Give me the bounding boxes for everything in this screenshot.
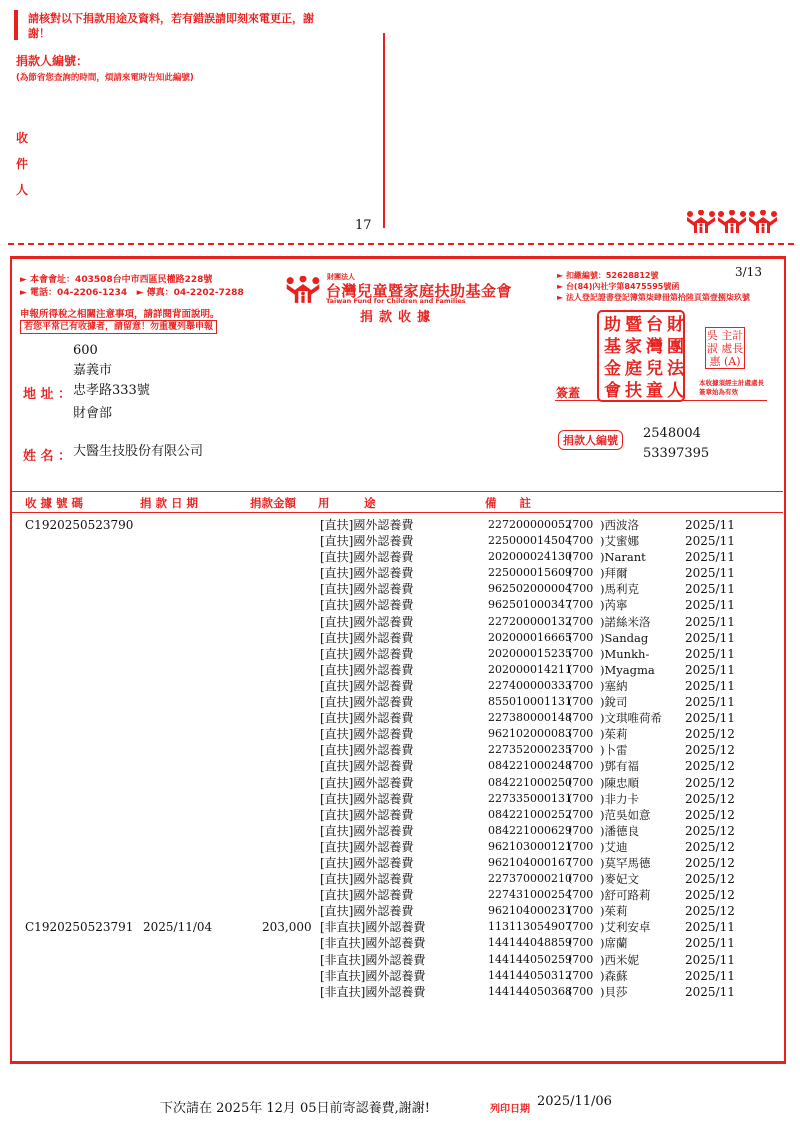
- table-row: [直扶]國外認養費227380000148(700)文琪唯荷希2025/11: [0, 710, 800, 726]
- child-code: 084221000248: [488, 758, 572, 774]
- sponsor-period: 2025/12: [685, 726, 735, 742]
- currency-code: (700: [568, 710, 593, 726]
- child-name: )Myagma: [600, 662, 655, 678]
- sponsor-period: 2025/12: [685, 807, 735, 823]
- child-code: 962104000231: [488, 903, 572, 919]
- registration-info: ► 扣繳編號：52628812號 ► 台(84)內社字第8475595號函 ► …: [557, 270, 750, 303]
- currency-code: (700: [568, 581, 593, 597]
- child-name: )麥妃文: [600, 871, 639, 887]
- child-name: )莫罕馬德: [600, 855, 651, 871]
- child-code: 962501000347: [488, 597, 572, 613]
- org-address: ► 本會會址：403508台中市西區民權路228號: [20, 274, 244, 287]
- currency-code: (700: [568, 517, 593, 533]
- child-name: )塞納: [600, 678, 628, 694]
- table-row: [直扶]國外認養費202000014211(700)Myagma2025/11: [0, 662, 800, 678]
- sponsor-period: 2025/12: [685, 871, 735, 887]
- child-code: 202000014211: [488, 662, 572, 678]
- currency-code: (700: [568, 871, 593, 887]
- child-name: )西波洛: [600, 517, 639, 533]
- fold-line: [383, 33, 385, 228]
- donor-id-1: 2548004: [643, 424, 709, 444]
- child-name: )馬利克: [600, 581, 639, 597]
- child-code: 227380000148: [488, 710, 572, 726]
- donor-number-hint: (為節省您查詢的時間，煩請來電時告知此編號): [16, 71, 194, 83]
- table-row: [直扶]國外認養費202000015235(700)Munkh-2025/11: [0, 646, 800, 662]
- child-name: )Sandag: [600, 630, 648, 646]
- donor-number-label: 捐款人編號：: [16, 52, 88, 69]
- verify-notice: 請核對以下捐款用途及資料，若有錯誤請即刻來電更正，謝謝！: [28, 11, 328, 41]
- sponsor-period: 2025/12: [685, 742, 735, 758]
- child-code: 084221000250: [488, 775, 572, 791]
- table-row: [直扶]國外認養費227335000131(700)非力卡2025/12: [0, 791, 800, 807]
- child-name: )茱莉: [600, 726, 628, 742]
- donation-use: [直扶]國外認養費: [320, 775, 413, 791]
- table-row: [直扶]國外認養費084221000248(700)鄧有福2025/12: [0, 758, 800, 774]
- child-name: )拜爾: [600, 565, 628, 581]
- receipt-number: C1920250523790: [25, 517, 133, 533]
- currency-code: (700: [568, 775, 593, 791]
- donation-date: 2025/11/04: [143, 919, 212, 935]
- child-code: 084221000252: [488, 807, 572, 823]
- child-name: )茱莉: [600, 903, 628, 919]
- header-receipt-no: 收 據 號 碼: [25, 495, 83, 511]
- child-code: 202000024130: [488, 549, 572, 565]
- currency-code: (700: [568, 726, 593, 742]
- child-code: 227352000235: [488, 742, 572, 758]
- currency-code: (700: [568, 630, 593, 646]
- child-name: )Munkh-: [600, 646, 649, 662]
- child-name: )貝莎: [600, 984, 628, 1000]
- child-code: 225000015609: [488, 565, 572, 581]
- donor-id-2: 53397395: [643, 444, 709, 464]
- child-name: )銳司: [600, 694, 628, 710]
- header-date: 捐 款 日 期: [140, 495, 198, 511]
- table-header-top-rule: [11, 491, 783, 492]
- currency-code: (700: [568, 903, 593, 919]
- child-name: )鄧有福: [600, 758, 639, 774]
- donation-use: [直扶]國外認養費: [320, 694, 413, 710]
- child-code: 113113054907: [488, 919, 572, 935]
- table-header-bottom-rule: [11, 512, 783, 513]
- sponsor-period: 2025/12: [685, 887, 735, 903]
- child-code: 227335000131: [488, 791, 572, 807]
- currency-code: (700: [568, 614, 593, 630]
- tax-id: ► 扣繳編號：52628812號: [557, 270, 750, 281]
- child-code: 144144050259: [488, 952, 572, 968]
- donation-use: [直扶]國外認養費: [320, 839, 413, 855]
- child-code: 084221000629: [488, 823, 572, 839]
- donation-use: [直扶]國外認養費: [320, 903, 413, 919]
- donation-use: [直扶]國外認養費: [320, 823, 413, 839]
- currency-code: (700: [568, 935, 593, 951]
- currency-code: (700: [568, 791, 593, 807]
- sponsor-period: 2025/12: [685, 775, 735, 791]
- notice-bar: [14, 10, 18, 40]
- sponsor-period: 2025/11: [685, 517, 735, 533]
- donor-ids: 2548004 53397395: [643, 424, 709, 464]
- table-row: [直扶]國外認養費227431000254(700)舒可路莉2025/12: [0, 887, 800, 903]
- org-logo-icon: [283, 276, 323, 308]
- sponsor-period: 2025/11: [685, 630, 735, 646]
- currency-code: (700: [568, 533, 593, 549]
- child-name: )諾絲米洛: [600, 614, 651, 630]
- child-name: )芮寧: [600, 597, 628, 613]
- donation-use: [直扶]國外認養費: [320, 742, 413, 758]
- donation-use: [非直扶]國外認養費: [320, 952, 425, 968]
- tear-line: [8, 243, 794, 245]
- donation-use: [直扶]國外認養費: [320, 726, 413, 742]
- child-code: 855010001131: [488, 694, 572, 710]
- currency-code: (700: [568, 646, 593, 662]
- donation-use: [直扶]國外認養費: [320, 630, 413, 646]
- receipt-number: C1920250523791: [25, 919, 133, 935]
- child-code: 227400000333: [488, 678, 572, 694]
- sponsor-period: 2025/11: [685, 565, 735, 581]
- donation-amount: 203,000: [262, 919, 312, 935]
- donation-use: [直扶]國外認養費: [320, 855, 413, 871]
- sponsor-period: 2025/12: [685, 855, 735, 871]
- child-name: )潘德良: [600, 823, 639, 839]
- currency-code: (700: [568, 855, 593, 871]
- donation-use: [直扶]國外認養費: [320, 678, 413, 694]
- sponsor-period: 2025/11: [685, 952, 735, 968]
- donation-use: [直扶]國外認養費: [320, 549, 413, 565]
- sponsor-period: 2025/11: [685, 646, 735, 662]
- currency-code: (700: [568, 549, 593, 565]
- sponsor-period: 2025/11: [685, 678, 735, 694]
- sponsor-period: 2025/11: [685, 694, 735, 710]
- child-code: 144144048859: [488, 935, 572, 951]
- sponsor-period: 2025/11: [685, 935, 735, 951]
- currency-code: (700: [568, 742, 593, 758]
- table-row: [直扶]國外認養費202000024130(700)Narant2025/11: [0, 549, 800, 565]
- print-date: 2025/11/06: [537, 1094, 612, 1109]
- donation-use: [直扶]國外認養費: [320, 807, 413, 823]
- donation-use: [非直扶]國外認養費: [320, 968, 425, 984]
- table-row: [直扶]國外認養費962103000121(700)艾迪2025/12: [0, 839, 800, 855]
- sign-line: [555, 400, 767, 401]
- family-logo-row-icon: [686, 210, 778, 238]
- child-code: 202000016665: [488, 630, 572, 646]
- page-of: 3/13: [735, 265, 762, 279]
- child-code: 225000014504: [488, 533, 572, 549]
- table-row: C19202505237912025/11/04203,000[非直扶]國外認養…: [0, 919, 800, 935]
- duplicate-warning: 若您平常已有收據者，請留意！勿重覆列舉申報: [20, 320, 217, 334]
- table-row: [非直扶]國外認養費144144050368(700)貝莎2025/11: [0, 984, 800, 1000]
- table-row: [直扶]國外認養費227370000210(700)麥妃文2025/12: [0, 871, 800, 887]
- donor-number-badge: 捐款人編號: [558, 430, 623, 450]
- recipient-label: 收件人: [16, 125, 30, 203]
- print-date-label: 列印日期: [490, 1100, 530, 1115]
- table-row: [直扶]國外認養費227352000235(700)卜雷2025/12: [0, 742, 800, 758]
- table-row: [直扶]國外認養費084221000252(700)范吳如意2025/12: [0, 807, 800, 823]
- sponsor-period: 2025/11: [685, 597, 735, 613]
- table-row: [非直扶]國外認養費144144050259(700)西米妮2025/11: [0, 952, 800, 968]
- sign-label: 簽蓋: [556, 384, 580, 401]
- org-phone: ► 電話：04-2206-1234: [20, 288, 127, 298]
- org-seal: 財團法人 台灣兒童 暨家庭扶 助基金會: [597, 310, 685, 402]
- permit-no: ► 台(84)內社字第8475595號函: [557, 281, 750, 292]
- table-row: [直扶]國外認養費227400000333(700)塞納2025/11: [0, 678, 800, 694]
- currency-code: (700: [568, 887, 593, 903]
- currency-code: (700: [568, 597, 593, 613]
- child-name: )艾蜜娜: [600, 533, 639, 549]
- donor-address: 600 嘉義市 忠孝路333號 財會部: [73, 341, 150, 424]
- table-row: [非直扶]國外認養費144144050312(700)森蘇2025/11: [0, 968, 800, 984]
- sponsor-period: 2025/12: [685, 758, 735, 774]
- next-payment-note: 下次請在 2025年 12月 05日前寄認養費,謝謝!: [160, 1097, 430, 1116]
- sponsor-period: 2025/11: [685, 662, 735, 678]
- child-name: )文琪唯荷希: [600, 710, 662, 726]
- currency-code: (700: [568, 694, 593, 710]
- donation-use: [直扶]國外認養費: [320, 597, 413, 613]
- donation-use: [非直扶]國外認養費: [320, 984, 425, 1000]
- currency-code: (700: [568, 839, 593, 855]
- currency-code: (700: [568, 758, 593, 774]
- child-code: 962502000004: [488, 581, 572, 597]
- sponsor-period: 2025/12: [685, 839, 735, 855]
- currency-code: (700: [568, 662, 593, 678]
- sponsor-period: 2025/11: [685, 614, 735, 630]
- currency-code: (700: [568, 807, 593, 823]
- table-row: [直扶]國外認養費227200000132(700)諾絲米洛2025/11: [0, 614, 800, 630]
- table-row: [直扶]國外認養費225000015609(700)拜爾2025/11: [0, 565, 800, 581]
- child-code: 962103000121: [488, 839, 572, 855]
- currency-code: (700: [568, 823, 593, 839]
- sponsor-period: 2025/11: [685, 710, 735, 726]
- donation-use: [非直扶]國外認養費: [320, 919, 425, 935]
- child-name: )范吳如意: [600, 807, 651, 823]
- org-contact: ► 本會會址：403508台中市西區民權路228號 ► 電話：04-2206-1…: [20, 274, 244, 299]
- donation-use: [直扶]國外認養費: [320, 662, 413, 678]
- donor-name: 大醫生技股份有限公司: [73, 440, 203, 459]
- donation-use: [直扶]國外認養費: [320, 710, 413, 726]
- child-name: )森蘇: [600, 968, 628, 984]
- table-row: [直扶]國外認養費084221000250(700)陳忠順2025/12: [0, 775, 800, 791]
- child-name: )非力卡: [600, 791, 639, 807]
- donation-use: [直扶]國外認養費: [320, 517, 413, 533]
- child-code: 202000015235: [488, 646, 572, 662]
- child-name: )西米妮: [600, 952, 639, 968]
- sponsor-period: 2025/11: [685, 581, 735, 597]
- table-row: [直扶]國外認養費962104000231(700)茱莉2025/12: [0, 903, 800, 919]
- table-row: [直扶]國外認養費962102000083(700)茱莉2025/12: [0, 726, 800, 742]
- currency-code: (700: [568, 919, 593, 935]
- currency-code: (700: [568, 952, 593, 968]
- currency-code: (700: [568, 565, 593, 581]
- child-name: )卜雷: [600, 742, 628, 758]
- donation-use: [直扶]國外認養費: [320, 581, 413, 597]
- child-code: 144144050368: [488, 984, 572, 1000]
- table-row: [直扶]國外認養費962104000167(700)莫罕馬德2025/12: [0, 855, 800, 871]
- legal-registration: ► 法人登記證書登記簿第柒肆冊第拾陸頁第壹捌柒玖號: [557, 292, 750, 303]
- child-code: 227200000132: [488, 614, 572, 630]
- sponsor-period: 2025/11: [685, 533, 735, 549]
- table-row: [直扶]國外認養費202000016665(700)Sandag2025/11: [0, 630, 800, 646]
- tax-note: 申報所得稅之相關注意事項，請詳閱背面說明。: [20, 306, 220, 320]
- child-code: 962102000083: [488, 726, 572, 742]
- seal-note: 本收據須經主計處處長簽章始為有效: [699, 379, 767, 397]
- child-name: )舒可路莉: [600, 887, 651, 903]
- header-remarks: 備 註: [485, 495, 531, 511]
- org-fax: ► 傳真：04-2202-7288: [137, 288, 244, 298]
- table-row: [直扶]國外認養費855010001131(700)銳司2025/11: [0, 694, 800, 710]
- table-row: [直扶]國外認養費962501000347(700)芮寧2025/11: [0, 597, 800, 613]
- donation-use: [直扶]國外認養費: [320, 565, 413, 581]
- child-code: 144144050312: [488, 968, 572, 984]
- address-label: 地 址 ：: [23, 383, 71, 402]
- name-label: 姓 名 ：: [23, 445, 71, 464]
- child-code: 227200000052: [488, 517, 572, 533]
- sponsor-period: 2025/12: [685, 823, 735, 839]
- document-title: 捐款收據: [360, 306, 436, 325]
- currency-code: (700: [568, 678, 593, 694]
- donation-table: C1920250523790[直扶]國外認養費227200000052(700)…: [0, 517, 800, 1000]
- child-name: )陳忠順: [600, 775, 639, 791]
- sponsor-period: 2025/11: [685, 984, 735, 1000]
- table-row: [非直扶]國外認養費144144048859(700)席蘭2025/11: [0, 935, 800, 951]
- child-code: 227431000254: [488, 887, 572, 903]
- donation-use: [直扶]國外認養費: [320, 614, 413, 630]
- child-code: 227370000210: [488, 871, 572, 887]
- currency-code: (700: [568, 984, 593, 1000]
- table-row: C1920250523790[直扶]國外認養費227200000052(700)…: [0, 517, 800, 533]
- table-row: [直扶]國外認養費962502000004(700)馬利克2025/11: [0, 581, 800, 597]
- officer-seal: 吳 主計淑 處長惠 (A): [705, 327, 745, 369]
- currency-code: (700: [568, 968, 593, 984]
- sponsor-period: 2025/11: [685, 549, 735, 565]
- child-code: 962104000167: [488, 855, 572, 871]
- table-row: [直扶]國外認養費225000014504(700)艾蜜娜2025/11: [0, 533, 800, 549]
- sponsor-period: 2025/11: [685, 968, 735, 984]
- child-name: )艾利安卓: [600, 919, 651, 935]
- donation-use: [直扶]國外認養費: [320, 646, 413, 662]
- sponsor-period: 2025/11: [685, 919, 735, 935]
- header-use: 用 途: [318, 495, 376, 511]
- donation-use: [直扶]國外認養費: [320, 533, 413, 549]
- donation-use: [直扶]國外認養費: [320, 887, 413, 903]
- child-name: )艾迪: [600, 839, 628, 855]
- table-row: [直扶]國外認養費084221000629(700)潘德良2025/12: [0, 823, 800, 839]
- donation-use: [非直扶]國外認養費: [320, 935, 425, 951]
- child-name: )席蘭: [600, 935, 628, 951]
- sponsor-period: 2025/12: [685, 903, 735, 919]
- page-number: 17: [355, 218, 372, 233]
- donation-use: [直扶]國外認養費: [320, 758, 413, 774]
- donation-use: [直扶]國外認養費: [320, 871, 413, 887]
- org-name-en: Taiwan Fund for Children and Families: [326, 297, 466, 305]
- donation-use: [直扶]國外認養費: [320, 791, 413, 807]
- header-amount: 捐款金額: [250, 495, 296, 511]
- sponsor-period: 2025/12: [685, 791, 735, 807]
- child-name: )Narant: [600, 549, 646, 565]
